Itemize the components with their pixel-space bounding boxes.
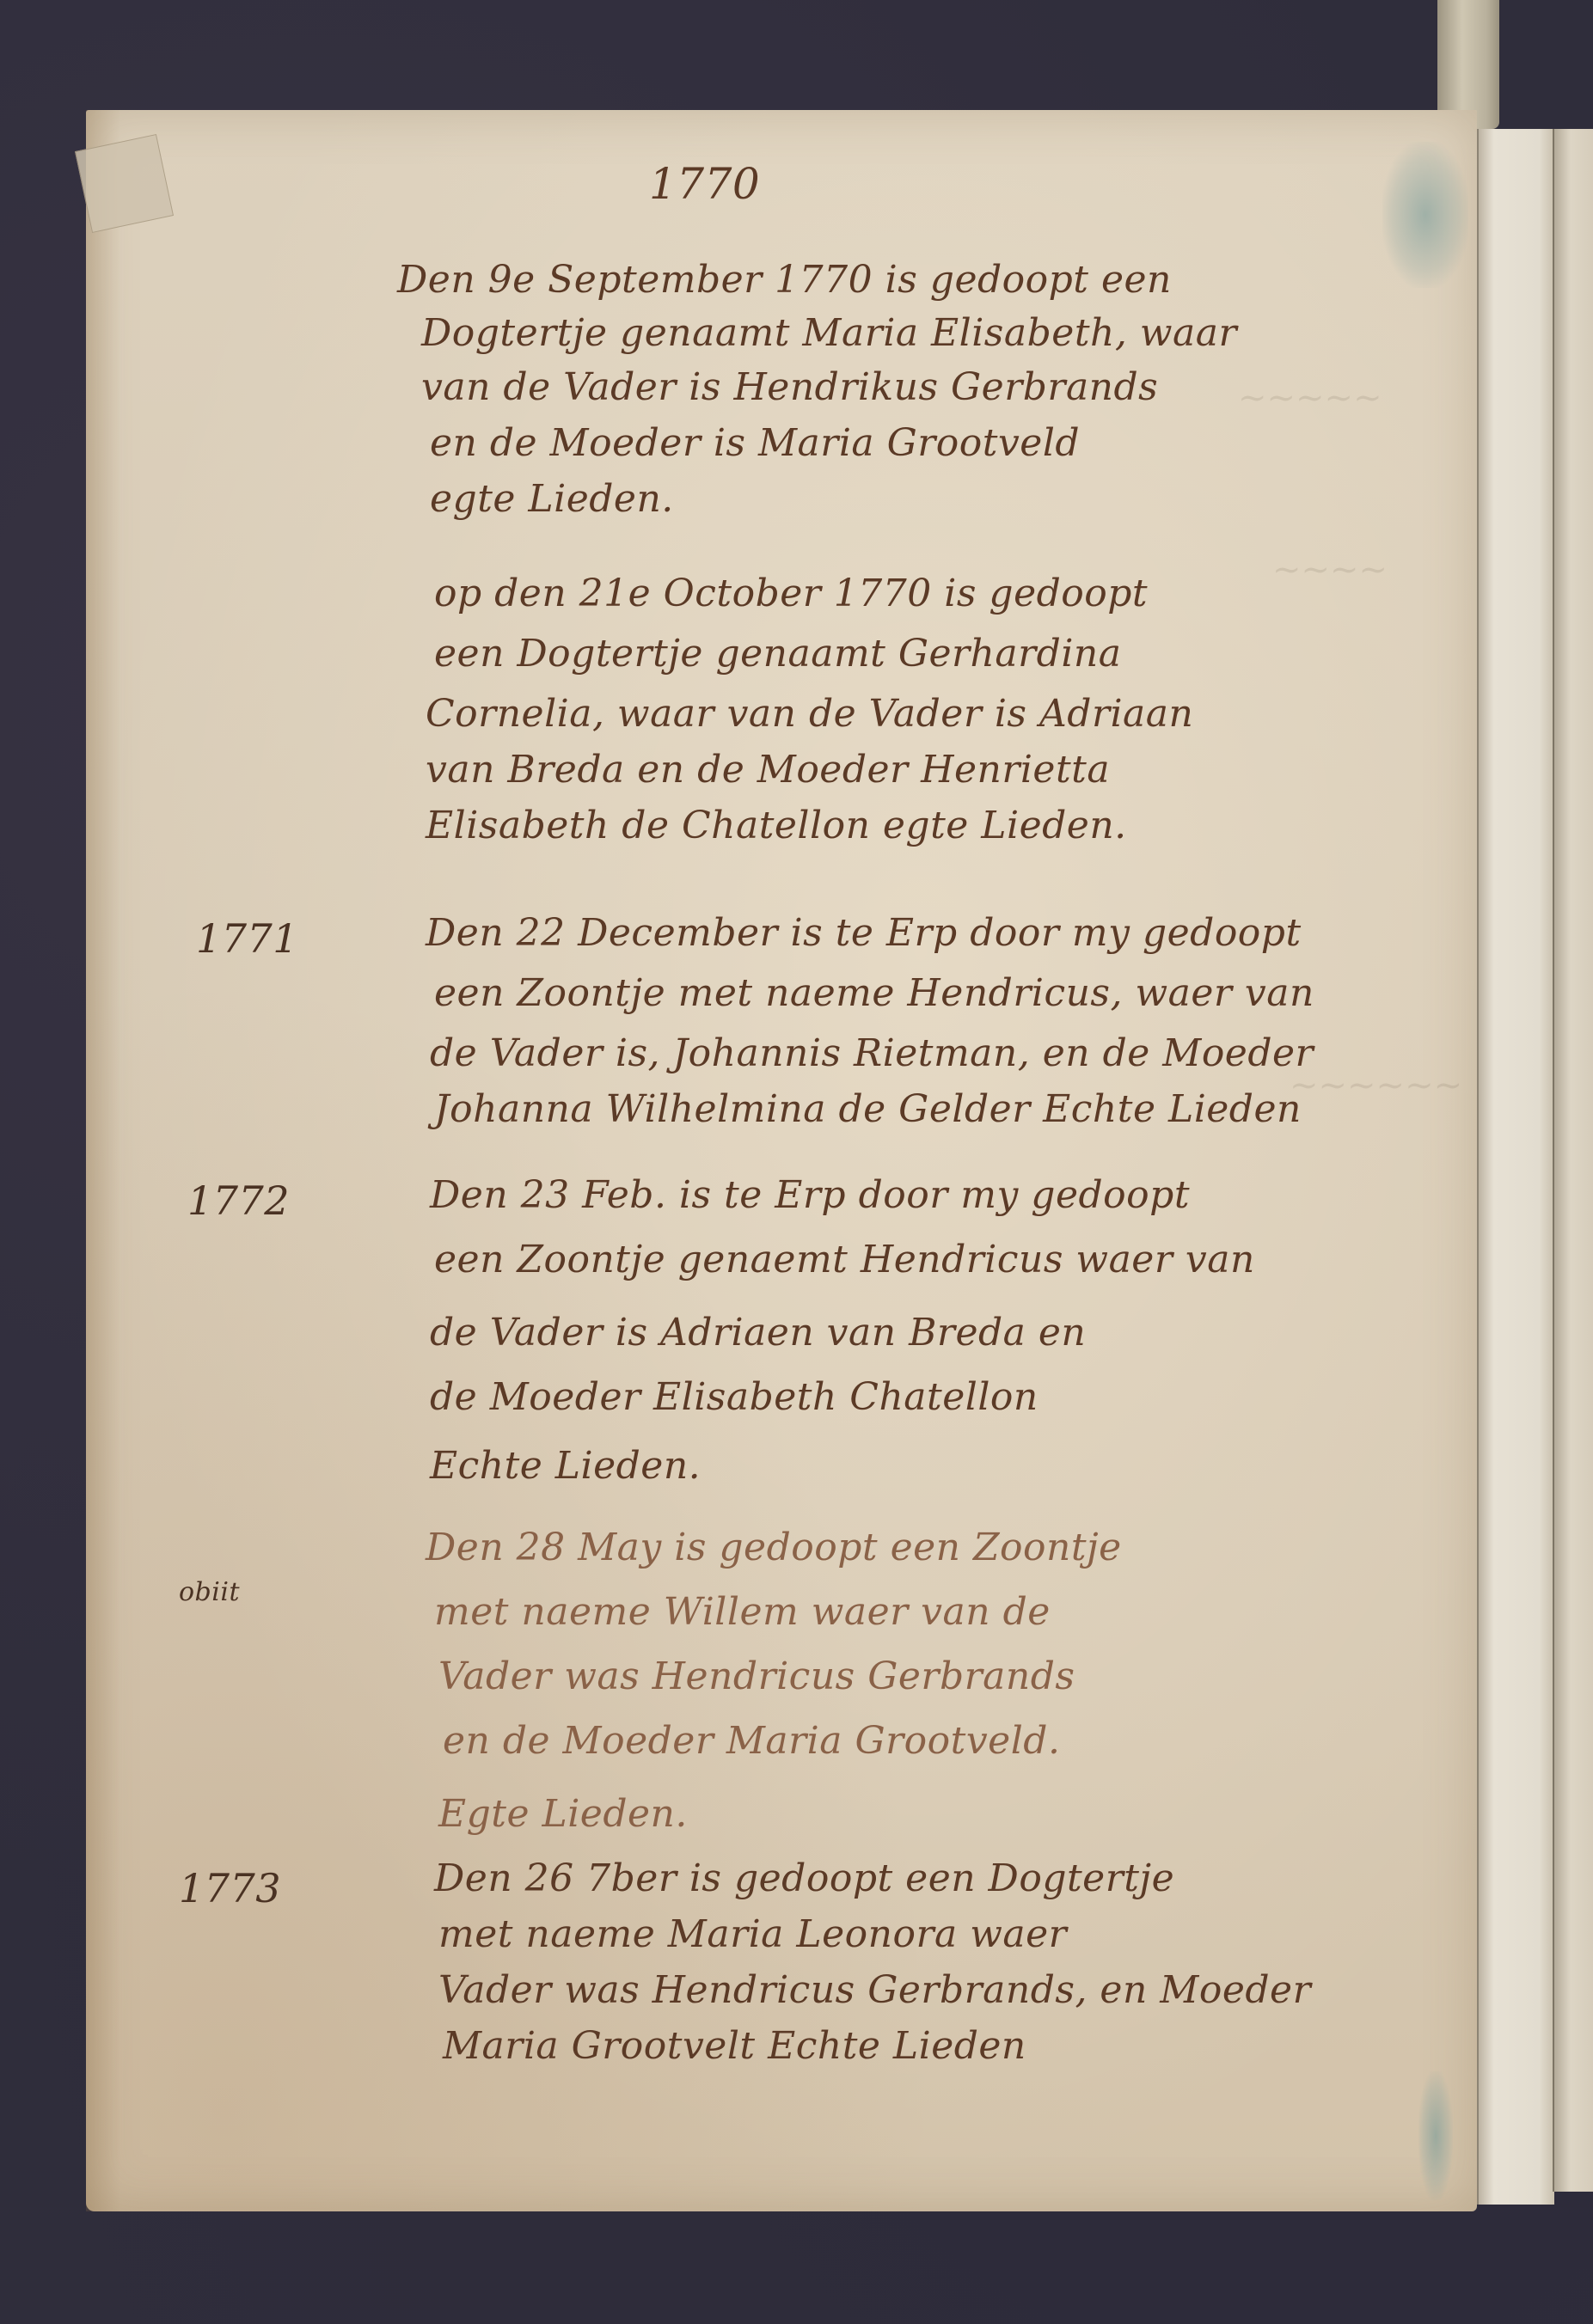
entry-line: met naeme Willem waer van de [434,1590,1051,1634]
margin-note-obiit: obiit [179,1577,240,1607]
page-heading-year: 1770 [649,159,760,209]
entry-line: Echte Lieden. [430,1444,701,1488]
entry-line: Cornelia, waar van de Vader is Adriaan [426,692,1193,736]
entry-line: de Vader is, Johannis Rietman, en de Moe… [430,1031,1314,1075]
entry-line: Johanna Wilhelmina de Gelder Echte Liede… [434,1087,1302,1131]
entry-line: een Zoontje met naeme Hendricus, waer va… [434,971,1314,1015]
entry-line: Den 28 May is gedoopt een Zoontje [426,1526,1122,1569]
margin-year: 1772 [187,1177,290,1224]
entry-line: Elisabeth de Chatellon egte Lieden. [426,804,1127,847]
mold-stain-top [1382,142,1468,288]
torn-corner [75,134,174,233]
entry-line: egte Lieden. [430,477,674,521]
margin-year: 1771 [196,915,298,962]
entry-line: de Moeder Elisabeth Chatellon [430,1375,1039,1419]
entry-line: en de Moeder is Maria Grootveld [430,421,1080,465]
entry-line: Den 23 Feb. is te Erp door my gedoopt [430,1173,1190,1217]
entry-line: Vader was Hendricus Gerbrands [438,1654,1075,1698]
margin-year: 1773 [179,1865,281,1911]
entry-line: Dogtertje genaamt Maria Elisabeth, waar [421,311,1237,355]
entry-line: Den 26 7ber is gedoopt een Dogtertje [434,1856,1174,1900]
entry-line: Den 9e September 1770 is gedoopt een [397,258,1172,302]
entry-line: een Zoontje genaemt Hendricus waer van [434,1238,1255,1281]
entry-line: op den 21e October 1770 is gedoopt [434,572,1148,615]
entry-line: de Vader is Adriaen van Breda en [430,1311,1086,1355]
bleed-through-text: ~~~~~ [1238,378,1382,418]
entry-line: Maria Grootvelt Echte Lieden [443,2024,1026,2068]
binding-fold-strip-outer [1553,129,1593,2192]
entry-line: Egte Lieden. [438,1792,688,1836]
binding-fold-strip [1477,129,1554,2205]
entry-line: een Dogtertje genaamt Gerhardina [434,632,1121,676]
bleed-through-text: ~~~~ [1272,550,1388,590]
entry-line: Vader was Hendricus Gerbrands, en Moeder [438,1968,1311,2012]
entry-line: en de Moeder Maria Grootveld. [443,1719,1060,1763]
entry-line: van de Vader is Hendrikus Gerbrands [421,365,1158,409]
entry-line: met naeme Maria Leonora waer [438,1912,1067,1956]
mold-stain-bottom [1418,2071,1453,2200]
bleed-through-text: ~~~~~~ [1290,1066,1462,1105]
entry-line: van Breda en de Moeder Henrietta [426,748,1110,792]
entry-line: Den 22 December is te Erp door my gedoop… [426,911,1302,955]
